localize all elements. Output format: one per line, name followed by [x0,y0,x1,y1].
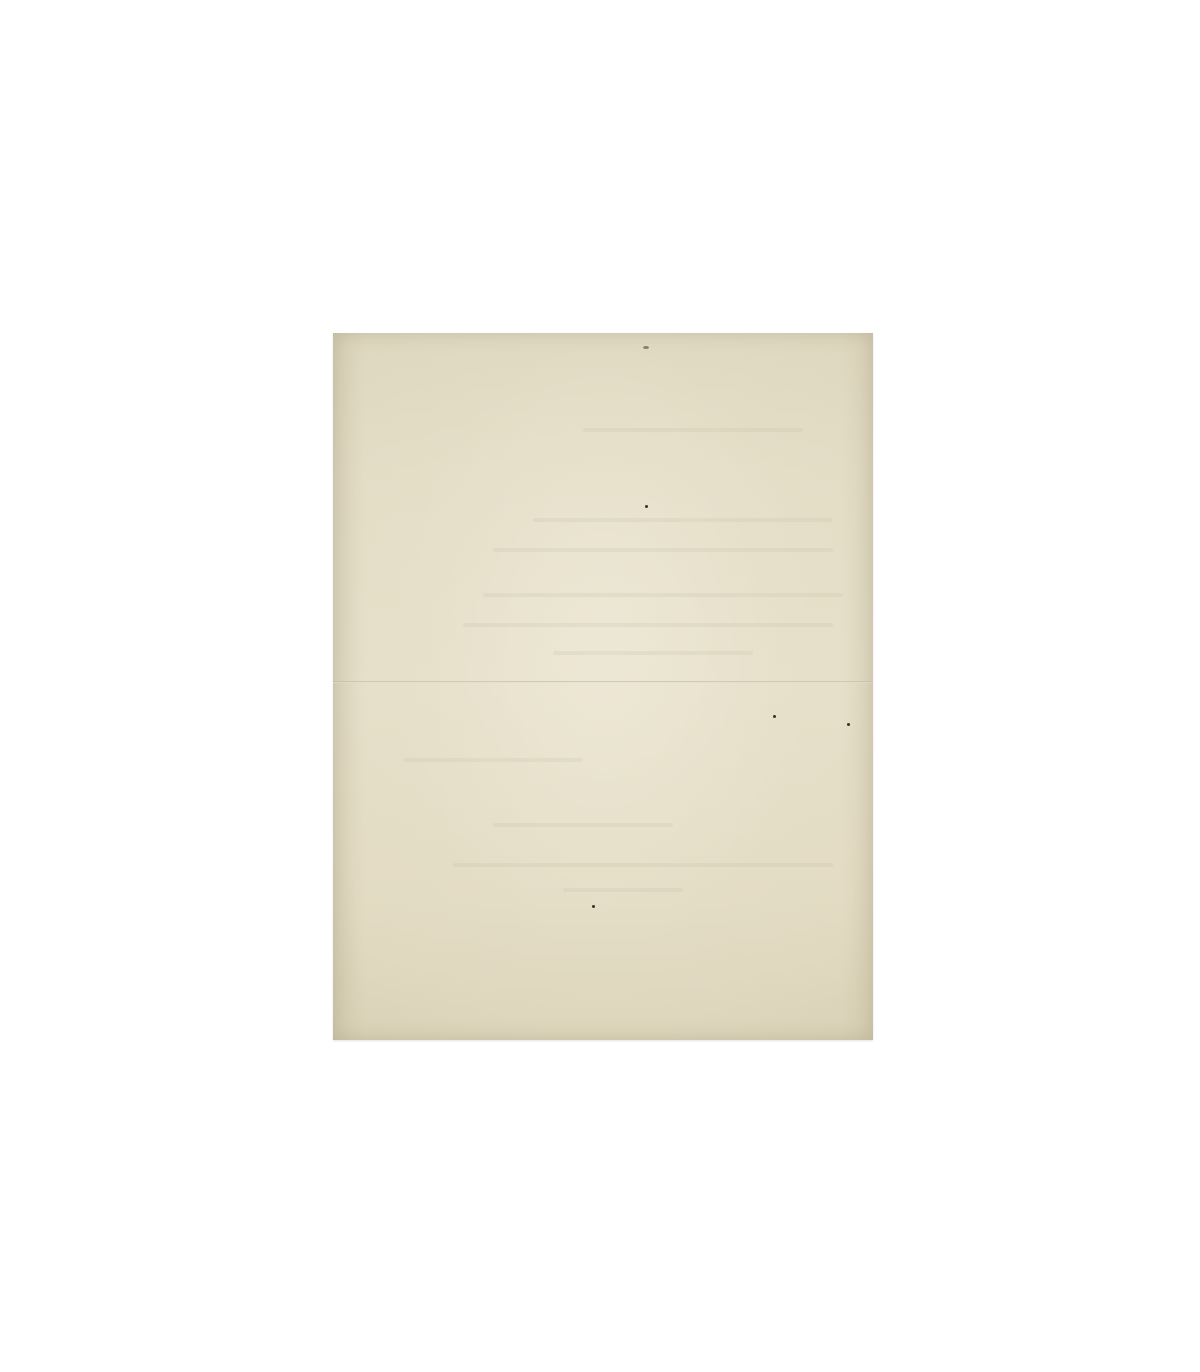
speck [645,505,648,508]
show-through-text [463,623,833,627]
show-through-text [533,518,833,522]
show-through-text [493,548,833,552]
show-through-text [563,888,683,892]
paper-sheet [333,333,873,1040]
show-through-text [553,651,753,655]
show-through-text [483,593,843,597]
show-through-text [403,758,583,762]
show-through-text [493,823,673,827]
speck [643,346,649,349]
show-through-text [583,428,803,432]
speck [773,715,776,718]
fold-crease [333,681,873,683]
speck [592,905,595,908]
show-through-text [453,863,833,867]
speck [847,723,850,726]
